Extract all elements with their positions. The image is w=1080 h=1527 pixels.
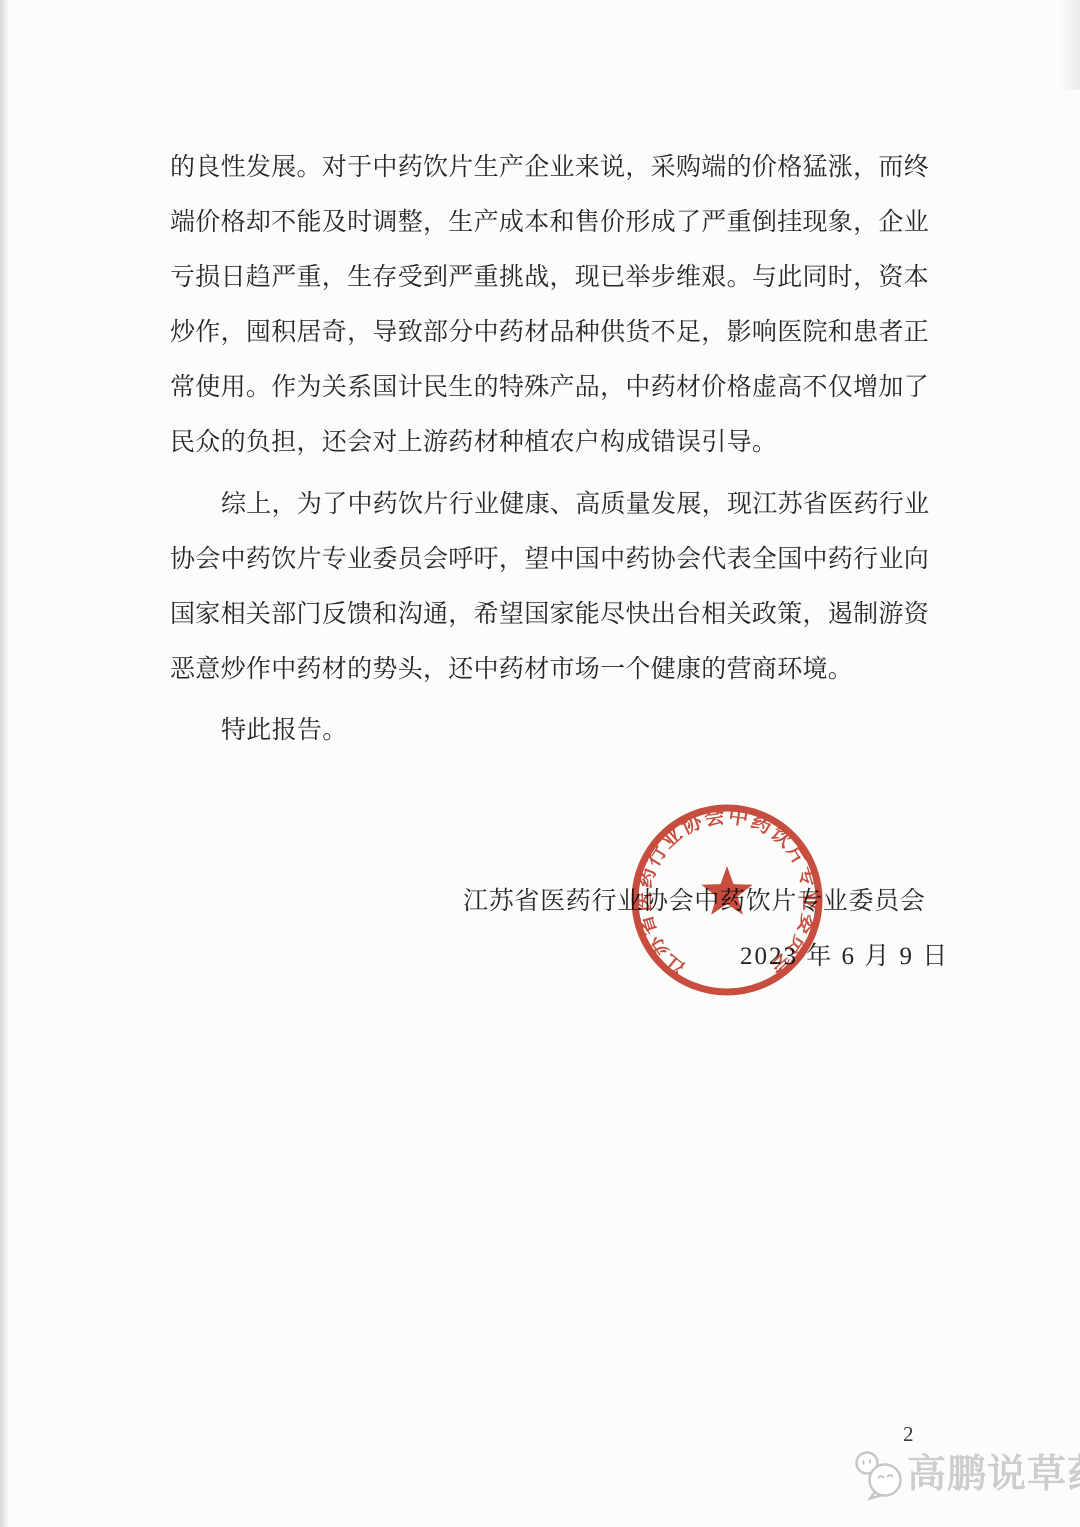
page-number: 2	[903, 1422, 914, 1446]
page-top-right-shadow	[1058, 0, 1080, 90]
body-line: 炒作，囤积居奇，导致部分中药材品种供货不足，影响医院和患者正	[170, 305, 932, 360]
chat-bubbles-icon	[853, 1449, 905, 1501]
body-line: 协会中药饮片专业委员会呼吁，望中国中药协会代表全国中药行业向	[170, 532, 932, 587]
body-line: 恶意炒作中药材的势头，还中药材市场一个健康的营商环境。	[170, 642, 932, 697]
body-line: 综上，为了中药饮片行业健康、高质量发展，现江苏省医药行业	[170, 477, 932, 532]
watermark-text: 高鹏说草药	[907, 1449, 1080, 1501]
document-page: 的良性发展。对于中药饮片生产企业来说，采购端的价格猛涨，而终 端价格却不能及时调…	[0, 0, 1080, 1527]
body-line: 的良性发展。对于中药饮片生产企业来说，采购端的价格猛涨，而终	[170, 140, 932, 195]
body-line: 端价格却不能及时调整，生产成本和售价形成了严重倒挂现象，企业	[170, 195, 932, 250]
official-seal: 江苏省医药行业协会中药饮片专业委员会	[617, 790, 837, 1010]
body-line: 特此报告。	[170, 703, 932, 758]
page-left-edge-shadow	[0, 0, 9, 1527]
body-line: 国家相关部门反馈和沟通，希望国家能尽快出台相关政策，遏制游资	[170, 587, 932, 642]
watermark: 高鹏说草药	[853, 1447, 1073, 1503]
star-icon	[701, 866, 752, 915]
body-line: 民众的负担，还会对上游药材种植农户构成错误引导。	[170, 415, 932, 470]
document-body: 的良性发展。对于中药饮片生产企业来说，采购端的价格猛涨，而终 端价格却不能及时调…	[170, 140, 932, 758]
body-line: 亏损日趋严重，生存受到严重挑战，现已举步维艰。与此同时，资本	[170, 250, 932, 305]
body-line: 常使用。作为关系国计民生的特殊产品，中药材价格虚高不仅增加了	[170, 360, 932, 415]
